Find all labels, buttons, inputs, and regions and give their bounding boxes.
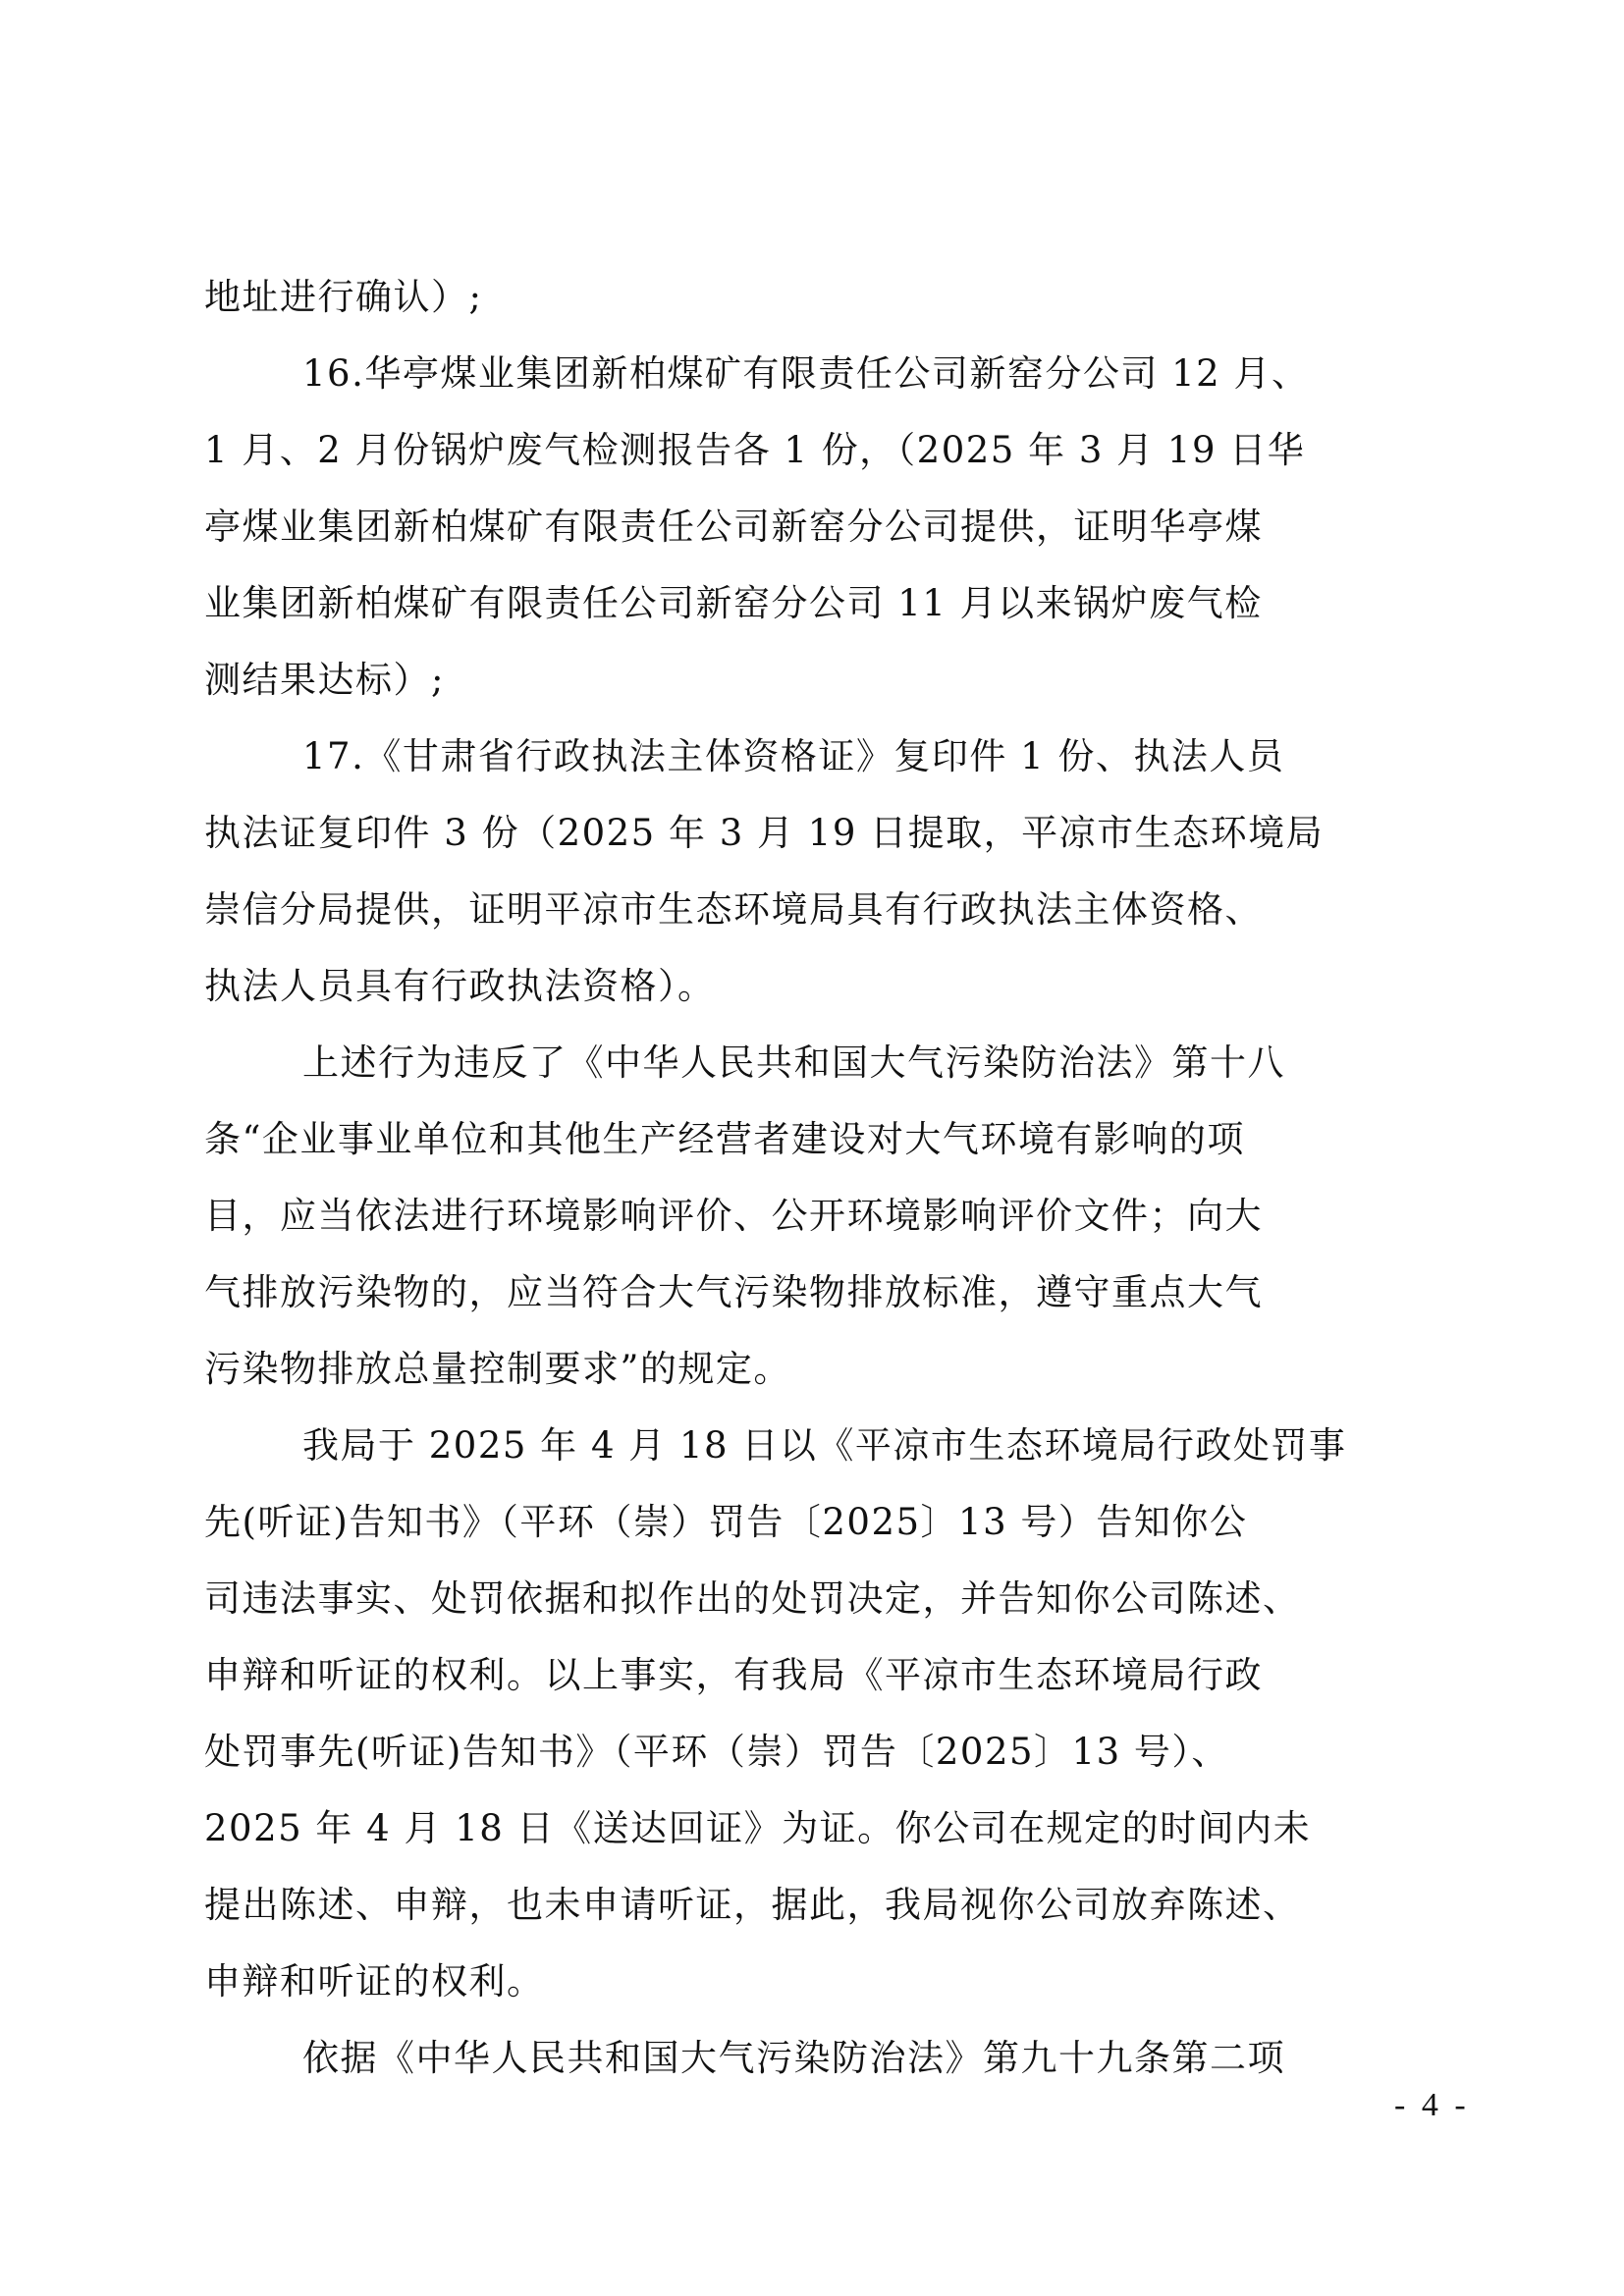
text-line-notice: 申辩和听证的权利。 [204, 1958, 1422, 2005]
text-line-notice: 申辩和听证的权利。以上事实，有我局《平凉市生态环境局行政 [204, 1652, 1422, 1699]
page-number: - 4 - [1394, 2087, 1470, 2124]
text-line-violation: 条“企业事业单位和其他生产经营者建设对大气环境有影响的项 [204, 1116, 1422, 1163]
text-line-evidence-16: 1 月、2 月份锅炉废气检测报告各 1 份，（2025 年 3 月 19 日华 [204, 427, 1422, 474]
text-line-notice: 先(听证)告知书》（平环（崇）罚告〔2025〕13 号）告知你公 [204, 1499, 1422, 1546]
document-page: 地址进行确认）; 16.华亭煤业集团新柏煤矿有限责任公司新窑分公司 12 月、 … [0, 0, 1624, 2296]
text-line-violation: 上述行为违反了《中华人民共和国大气污染防治法》第十八 [302, 1040, 1422, 1087]
text-line-notice: 处罚事先(听证)告知书》（平环（崇）罚告〔2025〕13 号）、 [204, 1729, 1422, 1776]
text-line-evidence-16: 测结果达标）; [204, 657, 1422, 704]
text-line-violation: 气排放污染物的，应当符合大气污染物排放标准，遵守重点大气 [204, 1269, 1422, 1316]
text-line-evidence-15-end: 地址进行确认）; [204, 274, 1422, 321]
text-line-evidence-16: 16.华亭煤业集团新柏煤矿有限责任公司新窑分公司 12 月、 [302, 350, 1422, 398]
text-line-notice: 提出陈述、申辩，也未申请听证，据此，我局视你公司放弃陈述、 [204, 1882, 1422, 1929]
text-line-notice: 司违法事实、处罚依据和拟作出的处罚决定，并告知你公司陈述、 [204, 1575, 1422, 1623]
text-line-evidence-16: 业集团新柏煤矿有限责任公司新窑分公司 11 月以来锅炉废气检 [204, 580, 1422, 627]
text-line-evidence-17: 17.《甘肃省行政执法主体资格证》复印件 1 份、执法人员 [302, 733, 1422, 780]
text-line-notice: 2025 年 4 月 18 日《送达回证》为证。你公司在规定的时间内未 [204, 1805, 1422, 1852]
text-line-violation: 目，应当依法进行环境影响评价、公开环境影响评价文件；向大 [204, 1193, 1422, 1240]
text-line-evidence-17: 崇信分局提供，证明平凉市生态环境局具有行政执法主体资格、 [204, 886, 1422, 934]
text-line-evidence-17: 执法人员具有行政执法资格）。 [204, 963, 1422, 1010]
text-line-notice: 我局于 2025 年 4 月 18 日以《平凉市生态环境局行政处罚事 [302, 1422, 1422, 1469]
text-line-evidence-17: 执法证复印件 3 份（2025 年 3 月 19 日提取，平凉市生态环境局 [204, 810, 1422, 857]
text-line-basis: 依据《中华人民共和国大气污染防治法》第九十九条第二项 [302, 2035, 1422, 2082]
text-line-evidence-16: 亭煤业集团新柏煤矿有限责任公司新窑分公司提供，证明华亭煤 [204, 504, 1422, 551]
text-line-violation: 污染物排放总量控制要求”的规定。 [204, 1346, 1422, 1393]
